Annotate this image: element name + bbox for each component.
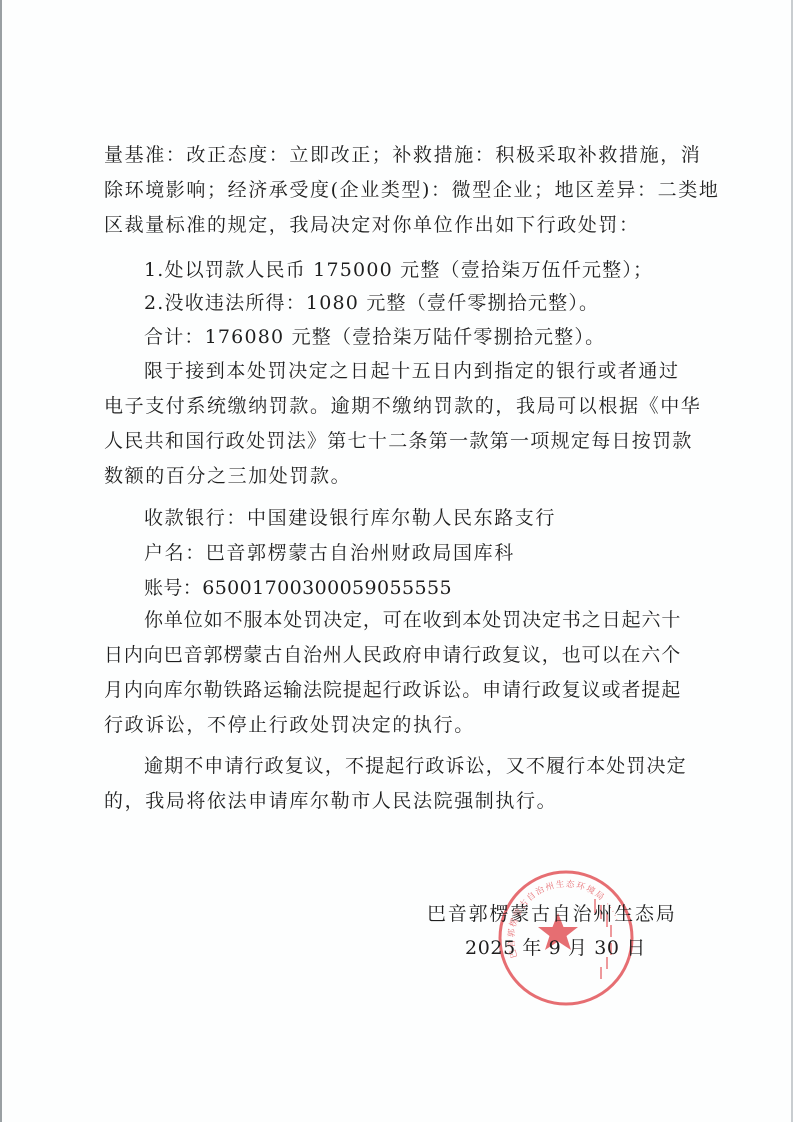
account-number: 账号：65001700300059055555 — [144, 576, 452, 600]
issuer-name: 巴音郭楞蒙古自治州生态局 — [427, 902, 677, 926]
penalty-item-fine: 1.处以罚款人民币 175000 元整（壹拾柒万伍仟元整）； — [144, 258, 653, 282]
payment-paragraph-line: 数额的百分之三加处罚款。 — [104, 464, 351, 488]
bank-name: 收款银行：中国建设银行库尔勒人民东路支行 — [144, 506, 556, 530]
appeal-paragraph-line: 日内向巴音郭楞蒙古自治州人民政府申请行政复议，也可以在六个 — [104, 643, 681, 667]
payment-paragraph-line: 限于接到本处罚决定之日起十五日内到指定的银行或者通过 — [144, 359, 680, 383]
body-text-line: 量基准：改正态度：立即改正；补救措施：积极采取补救措施，消 — [104, 143, 701, 167]
appeal-paragraph-line: 你单位如不服本处罚决定，可在收到本处罚决定书之日起六十 — [144, 608, 681, 632]
body-text-line: 除环境影响；经济承受度(企业类型)：微型企业；地区差异：二类地 — [104, 178, 719, 202]
enforcement-paragraph-line: 的，我局将依法申请库尔勒市人民法院强制执行。 — [104, 789, 557, 813]
appeal-paragraph-line: 月内向库尔勒铁路运输法院提起行政诉讼。申请行政复议或者提起 — [104, 678, 681, 702]
penalty-item-confiscation: 2.没收违法所得：1080 元整（壹仟零捌拾元整）。 — [144, 291, 599, 315]
payment-paragraph-line: 电子支付系统缴纳罚款。逾期不缴纳罚款的，我局可以根据《中华 — [104, 394, 701, 418]
payment-paragraph-line: 人民共和国行政处罚法》第七十二条第一款第一项规定每日按罚款 — [104, 429, 693, 453]
account-name: 户名：巴音郭楞蒙古自治州财政局国库科 — [144, 541, 515, 565]
body-text-line: 区裁量标准的规定，我局决定对你单位作出如下行政处罚： — [104, 213, 640, 237]
appeal-paragraph-line: 行政诉讼，不停止行政处罚决定的执行。 — [104, 713, 475, 737]
issue-date: 2025 年 9 月 30 日 — [465, 936, 646, 960]
page-edge — [0, 0, 2, 1122]
enforcement-paragraph-line: 逾期不申请行政复议，不提起行政诉讼，又不履行本处罚决定 — [144, 754, 687, 778]
penalty-total: 合计：176080 元整（壹拾柒万陆仟零捌拾元整）。 — [144, 325, 605, 349]
